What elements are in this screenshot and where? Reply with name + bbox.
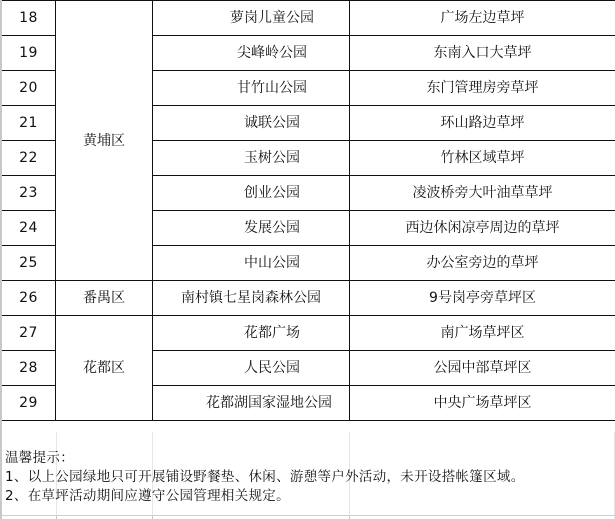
- row-number-cell: 22: [2, 141, 56, 176]
- note-item: 2、在草坪活动期间应遵守公园管理相关规定。: [5, 487, 525, 506]
- park-name-cell: 南村镇七星岗森林公园: [153, 281, 350, 316]
- park-name: 尖峰岭公园: [195, 45, 307, 61]
- lawn-area-cell: 9号岗亭旁草坪区: [350, 281, 615, 316]
- lawn-area-cell: 中央广场草坪区: [350, 386, 615, 421]
- lawn-area-cell: 西边休闲凉亭周边的草坪: [350, 211, 615, 246]
- park-name-cell: 萝岗儿童公园: [153, 1, 350, 36]
- park-name-cell: 中山公园: [153, 246, 350, 281]
- park-name: 萝岗儿童公园: [188, 10, 314, 26]
- notes-title: 温馨提示：: [5, 449, 525, 468]
- row-number-cell: 25: [2, 246, 56, 281]
- table-row: 26 番禺区 南村镇七星岗森林公园 9号岗亭旁草坪区: [2, 281, 615, 316]
- park-name: 中山公园: [202, 255, 300, 271]
- row-number-cell: 24: [2, 211, 56, 246]
- note-item: 1、以上公园绿地只可开展铺设野餐垫、休闲、游憩等户外活动，未开设搭帐篷区域。: [5, 468, 525, 487]
- faint-gridline-bottom: [2, 515, 615, 516]
- spreadsheet-page: 18 黄埔区 萝岗儿童公园 广场左边草坪 19 尖峰岭公园 东南入口大草坪 20…: [0, 0, 615, 519]
- park-name-cell: 发展公园: [153, 211, 350, 246]
- park-name-cell: 诚联公园: [153, 106, 350, 141]
- district-cell-panyu: 番禺区: [56, 281, 153, 316]
- park-name: 甘竹山公园: [195, 80, 307, 96]
- park-name: 诚联公园: [202, 115, 300, 131]
- lawn-area-cell: 凌波桥旁大叶油草草坪: [350, 176, 615, 211]
- lawn-area-cell: 办公室旁边的草坪: [350, 246, 615, 281]
- lawn-area-cell: 竹林区域草坪: [350, 141, 615, 176]
- table-row: 27 花都区 花都广场 南广场草坪区: [2, 316, 615, 351]
- lawn-area-cell: 南广场草坪区: [350, 316, 615, 351]
- row-number-cell: 29: [2, 386, 56, 421]
- park-name: 玉树公园: [202, 150, 300, 166]
- park-lawn-table: 18 黄埔区 萝岗儿童公园 广场左边草坪 19 尖峰岭公园 东南入口大草坪 20…: [2, 0, 615, 421]
- park-name-cell: 人民公园: [153, 351, 350, 386]
- lawn-area-cell: 广场左边草坪: [350, 1, 615, 36]
- district-cell-huadu: 花都区: [56, 316, 153, 421]
- park-name: 发展公园: [202, 220, 300, 236]
- lawn-area-cell: 东南入口大草坪: [350, 36, 615, 71]
- park-name-cell: 尖峰岭公园: [153, 36, 350, 71]
- park-name-cell: 花都广场: [153, 316, 350, 351]
- row-number-cell: 28: [2, 351, 56, 386]
- park-name-cell: 玉树公园: [153, 141, 350, 176]
- lawn-area-cell: 公园中部草坪区: [350, 351, 615, 386]
- park-name-cell: 花都湖国家湿地公园: [153, 386, 350, 421]
- district-cell-huangpu: 黄埔区: [56, 1, 153, 281]
- row-number-cell: 18: [2, 1, 56, 36]
- park-name-cell: 甘竹山公园: [153, 71, 350, 106]
- row-number-cell: 21: [2, 106, 56, 141]
- park-name: 花都广场: [202, 325, 300, 341]
- park-name-cell: 创业公园: [153, 176, 350, 211]
- lawn-area-cell: 东门管理房旁草坪: [350, 71, 615, 106]
- notes-section: 温馨提示： 1、以上公园绿地只可开展铺设野餐垫、休闲、游憩等户外活动，未开设搭帐…: [5, 449, 525, 506]
- row-number-cell: 19: [2, 36, 56, 71]
- row-number-cell: 26: [2, 281, 56, 316]
- lawn-area-cell: 环山路边草坪: [350, 106, 615, 141]
- table-row: 18 黄埔区 萝岗儿童公园 广场左边草坪: [2, 1, 615, 36]
- row-number-cell: 27: [2, 316, 56, 351]
- row-number-cell: 23: [2, 176, 56, 211]
- row-number-cell: 20: [2, 71, 56, 106]
- park-name: 人民公园: [202, 360, 300, 376]
- park-name: 创业公园: [202, 185, 300, 201]
- park-name: 花都湖国家湿地公园: [170, 395, 332, 411]
